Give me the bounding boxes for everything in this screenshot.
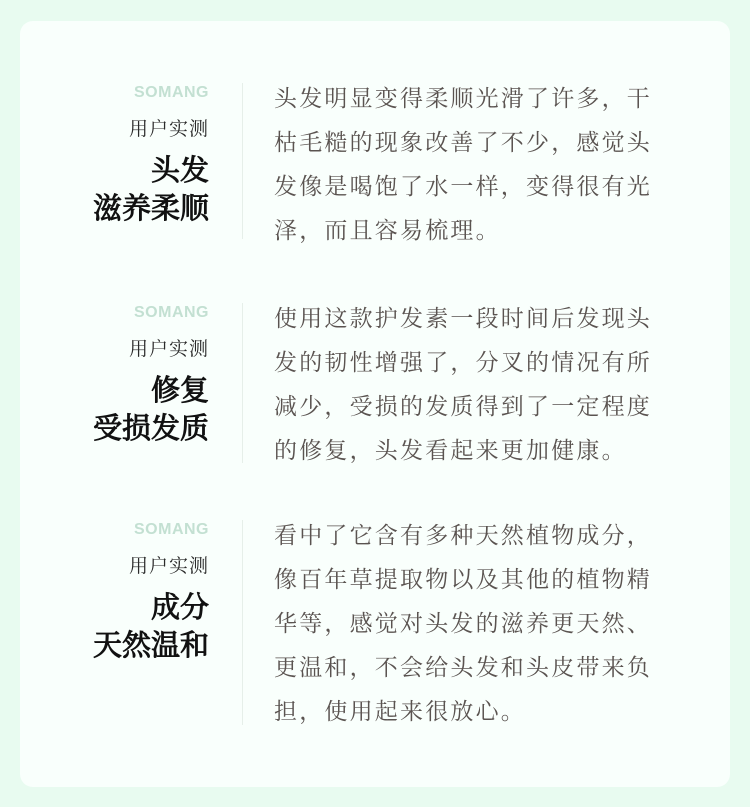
review-body: 头发明显变得柔顺光滑了许多，干枯毛糙的现象改善了不少，感觉头发像是喝饱了水一样，…: [274, 77, 674, 253]
review-body: 看中了它含有多种天然植物成分，像百年草提取物以及其他的植物精华等，感觉对头发的滋…: [274, 514, 674, 734]
review-body: 使用这款护发素一段时间后发现头发的韧性增强了，分叉的情况有所减少，受损的发质得到…: [274, 297, 674, 473]
vertical-divider: [242, 303, 243, 463]
review-title-line2: 天然温和: [93, 626, 209, 664]
review-title: 头发 滋养柔顺: [93, 151, 209, 227]
review-subtitle: 用户实测: [129, 337, 209, 361]
review-title-line2: 受损发质: [93, 409, 209, 447]
review-title: 成分 天然温和: [93, 588, 209, 664]
review-subtitle: 用户实测: [129, 117, 209, 141]
review-title-line1: 成分: [93, 588, 209, 626]
review-subtitle: 用户实测: [129, 554, 209, 578]
review-card: SOMANG 用户实测 头发 滋养柔顺 头发明显变得柔顺光滑了许多，干枯毛糙的现…: [20, 21, 730, 787]
review-title: 修复 受损发质: [93, 371, 209, 447]
vertical-divider: [242, 520, 243, 725]
brand-label: SOMANG: [134, 303, 209, 323]
brand-label: SOMANG: [134, 83, 209, 103]
vertical-divider: [242, 83, 243, 239]
review-title-line1: 修复: [93, 371, 209, 409]
brand-label: SOMANG: [134, 520, 209, 540]
review-title-line2: 滋养柔顺: [93, 189, 209, 227]
review-title-line1: 头发: [93, 151, 209, 189]
